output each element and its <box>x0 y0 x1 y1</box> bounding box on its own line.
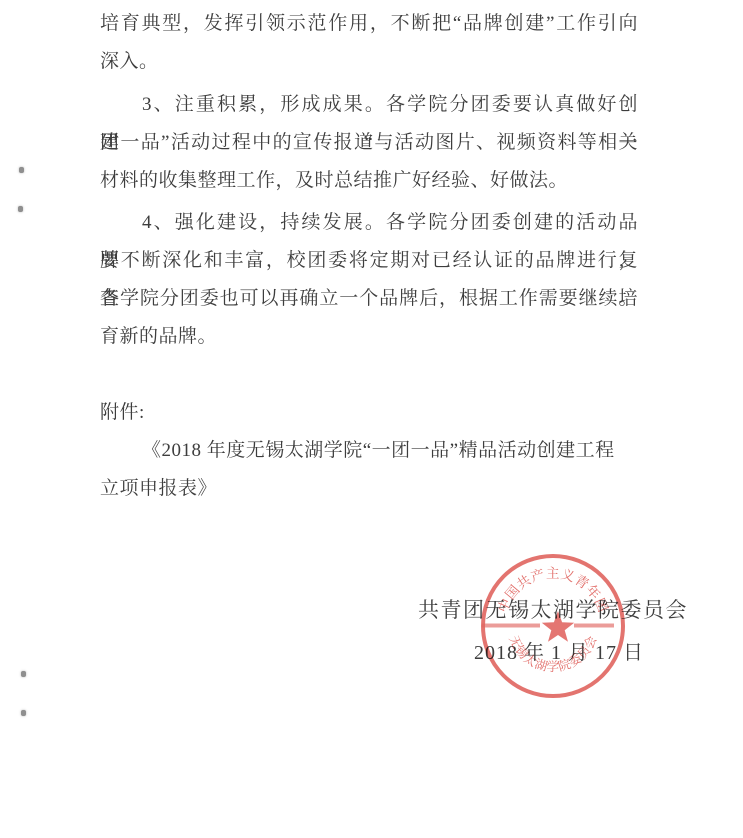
seal-ring <box>483 556 623 696</box>
body-line: 要不断深化和丰富，校团委将定期对已经认证的品牌进行复查。 <box>100 242 638 280</box>
body-line: 材料的收集整理工作，及时总结推广好经验、好做法。 <box>100 162 638 200</box>
body-line: 4、强化建设，持续发展。各学院分团委创建的活动品牌， <box>100 204 638 242</box>
signature-organization: 共青团无锡太湖学院委员会 <box>418 594 688 624</box>
scan-artifact-dot <box>18 206 23 212</box>
scan-artifact-dot <box>21 710 26 716</box>
body-line: 培育典型，发挥引领示范作用，不断把“品牌创建”工作引向 <box>100 5 638 43</box>
body-line: 各学院分团委也可以再确立一个品牌后，根据工作需要继续培 <box>100 280 638 318</box>
body-line: 深入。 <box>100 43 638 81</box>
attachment-line: 《2018 年度无锡太湖学院“一团一品”精品活动创建工程 <box>100 432 638 470</box>
paragraph: 培育典型，发挥引领示范作用，不断把“品牌创建”工作引向 深入。 <box>100 5 638 81</box>
paragraph: 3、注重积累，形成成果。各学院分团委要认真做好创建“一 团一品”活动过程中的宣传… <box>100 86 638 200</box>
body-line: 育新的品牌。 <box>100 318 638 356</box>
scan-artifact-dot <box>21 671 26 677</box>
scan-artifact-dot <box>19 167 24 173</box>
body-line: 3、注重积累，形成成果。各学院分团委要认真做好创建“一 <box>100 86 638 124</box>
seal-smear-right <box>574 624 614 628</box>
attachment-label: 附件: <box>100 394 638 432</box>
document-page: 培育典型，发挥引领示范作用，不断把“品牌创建”工作引向 深入。 3、注重积累，形… <box>0 0 743 838</box>
signature-date: 2018 年 1 月 17 日 <box>474 636 644 665</box>
attachment-section: 附件: 《2018 年度无锡太湖学院“一团一品”精品活动创建工程 立项申报表》 <box>100 394 638 508</box>
paragraph: 4、强化建设，持续发展。各学院分团委创建的活动品牌， 要不断深化和丰富，校团委将… <box>100 204 638 356</box>
seal-smear-left <box>482 624 540 628</box>
attachment-line: 立项申报表》 <box>100 470 638 508</box>
official-seal: 中国共产主义青年团 无锡太湖学院委员会 <box>473 546 633 706</box>
document-body: 培育典型，发挥引领示范作用，不断把“品牌创建”工作引向 深入。 3、注重积累，形… <box>100 5 638 508</box>
body-line: 团一品”活动过程中的宣传报道与活动图片、视频资料等相关 <box>100 124 638 162</box>
